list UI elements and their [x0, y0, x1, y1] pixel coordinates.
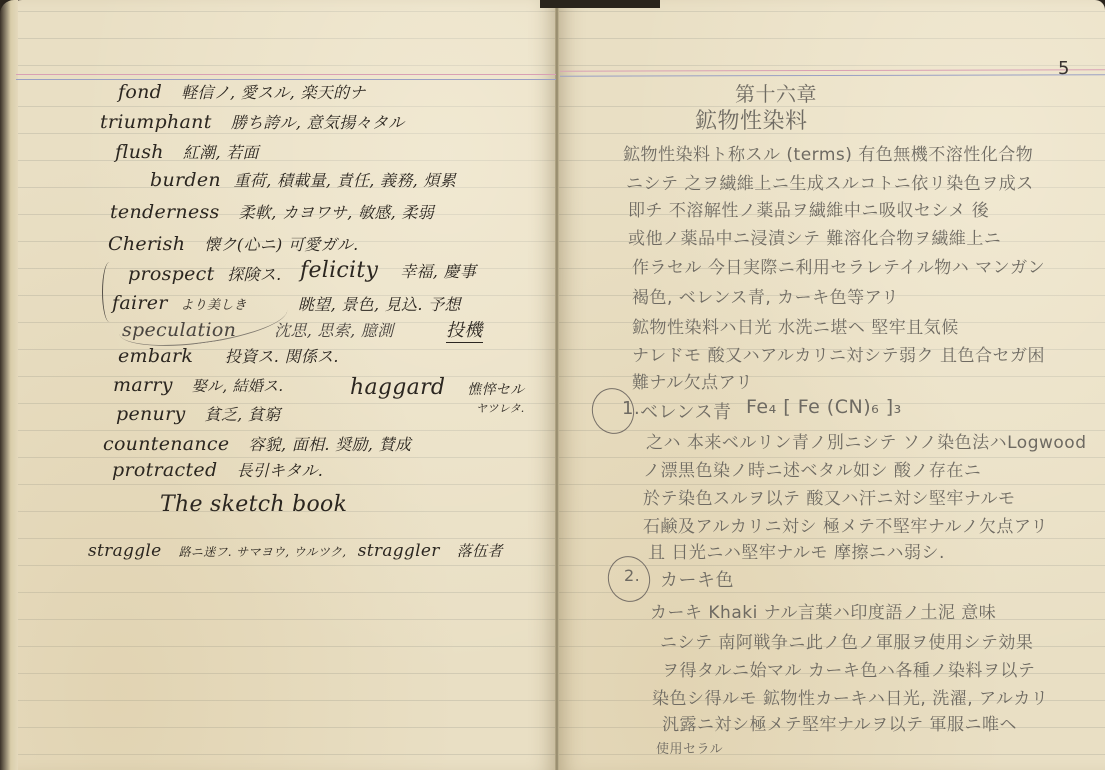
english-word: triumphant [100, 111, 212, 133]
vocab-entry: prospect 探険ス. [128, 262, 282, 285]
english-word: penury [116, 403, 186, 425]
english-word: embark [118, 345, 193, 367]
text-line: 褐色, ベレンス青, カーキ色等アリ [632, 283, 899, 308]
vocab-entry: haggard 憔悴セル [350, 375, 524, 400]
section-number: 2. [624, 566, 640, 585]
japanese-gloss: 紅潮, 若面 [183, 143, 259, 162]
text-line: 鉱物性染料ハ日光 水洗ニ堪ヘ 堅牢且気候 [632, 313, 959, 338]
section-number: 1. [622, 398, 640, 419]
text-line: ニシテ 南阿戦争ニ此ノ色ノ軍服ヲ使用シテ効果 [660, 628, 1033, 653]
text-line: 於テ染色スルヲ以テ 酸又ハ汗ニ対シ堅牢ナルモ [643, 484, 1016, 509]
english-word: marry [113, 374, 173, 396]
english-word: felicity [300, 258, 378, 283]
japanese-reading: ヤツレタ. [476, 400, 525, 416]
japanese-gloss: 路ニ迷フ. サマヨウ, ウルツク, [179, 545, 347, 559]
page-edge [0, 0, 18, 770]
english-word: haggard [350, 375, 445, 400]
english-word: prospect [128, 263, 215, 285]
japanese-gloss: 投資ス. 関係ス. [225, 347, 339, 366]
vocab-entry: tenderness 柔軟, カヨワサ, 敏感, 柔弱 [110, 200, 434, 223]
vocab-entry: countenance 容貌, 面相. 奨励, 賛成 [103, 432, 411, 455]
english-word: straggler [358, 541, 440, 561]
section-heading: ベレンス青 [640, 398, 732, 424]
english-word: tenderness [110, 201, 220, 223]
vocab-entry: triumphant 勝ち誇ル, 意気揚々タル [100, 110, 404, 133]
japanese-gloss: 探険ス. [227, 265, 281, 284]
chemical-formula: Fe₄ [ Fe (CN)₆ ]₃ [746, 396, 902, 418]
japanese-gloss: 眺望, 景色, 見込. 予想 [298, 292, 461, 315]
japanese-gloss: 軽信ノ, 愛スル, 楽天的ナ [181, 83, 366, 102]
text-line: 作ラセル 今日実際ニ利用セラレテイル物ハ マンガン [632, 253, 1045, 278]
text-line: 鉱物性染料ト称スル (terms) 有色無機不溶性化合物 [623, 140, 1033, 165]
english-word: fond [118, 81, 162, 103]
chapter-heading: 第十六章 [735, 78, 817, 107]
japanese-gloss: 憔悴セル [467, 382, 524, 398]
text-line: ニシテ 之ヲ繊維上ニ生成スルコトニ依リ染色ヲ成ス [626, 169, 1034, 194]
chapter-title: 鉱物性染料 [695, 104, 808, 135]
japanese-gloss: 貧乏, 貧窮 [205, 405, 281, 424]
vocab-entry: Cherish 懐ク(心ニ) 可愛ガル. [108, 232, 359, 255]
spine-shadow [540, 0, 660, 8]
text-line: 之ハ 本来ベルリン青ノ別ニシテ ソノ染色法ハLogwood [646, 428, 1087, 453]
japanese-gloss: 長引キタル. [236, 461, 323, 480]
vocab-entry: marry 娶ル, 結婚ス. [113, 374, 284, 396]
text-line: カーキ Khaki ナル言葉ハ印度語ノ土泥 意味 [650, 598, 996, 623]
section-heading: カーキ色 [660, 566, 734, 592]
vocab-entry: protracted 長引キタル. [112, 458, 323, 481]
english-word: protracted [112, 459, 217, 481]
japanese-gloss-underlined: 投機 [446, 316, 483, 343]
text-line: 汎露ニ対シ極メテ堅牢ナルヲ以テ 軍服ニ唯ヘ [662, 710, 1017, 735]
vocab-entry: fond 軽信ノ, 愛スル, 楽天的ナ [118, 80, 366, 103]
vocab-entry: embark 投資ス. 関係ス. [118, 344, 339, 367]
english-word: burden [150, 169, 221, 191]
english-word: flush [115, 141, 164, 163]
japanese-gloss: 落伍者 [457, 542, 503, 560]
japanese-gloss: 娶ル, 結婚ス. [192, 377, 284, 395]
text-line: 或他ノ薬品中ニ浸漬シテ 難溶化合物ヲ繊維上ニ [628, 224, 1001, 249]
japanese-gloss: 懐ク(心ニ) 可愛ガル. [204, 235, 358, 254]
text-line: ヲ得タルニ始マル カーキ色ハ各種ノ染料ヲ以テ [662, 656, 1035, 681]
japanese-gloss: 重荷, 積載量, 責任, 義務, 煩累 [234, 171, 456, 190]
text-line: 石鹸及アルカリニ対シ 極メテ不堅牢ナルノ欠点アリ [643, 512, 1048, 537]
text-line: 使用セラル [656, 738, 723, 757]
japanese-gloss: 容貌, 面相. 奨励, 賛成 [248, 435, 411, 454]
japanese-gloss: 柔軟, カヨワサ, 敏感, 柔弱 [239, 203, 434, 222]
text-line: 即チ 不溶解性ノ薬品ヲ繊維中ニ吸収セシメ 後 [628, 196, 989, 221]
book-gutter [555, 0, 559, 770]
japanese-gloss: 勝ち誇ル, 意気揚々タル [231, 113, 405, 132]
english-word: countenance [103, 433, 229, 455]
page-number: 5 [1058, 58, 1069, 79]
notebook-spread: fond 軽信ノ, 愛スル, 楽天的ナ triumphant 勝ち誇ル, 意気揚… [0, 0, 1105, 770]
japanese-gloss: 幸福, 慶事 [400, 262, 476, 281]
vocab-entry: burden 重荷, 積載量, 責任, 義務, 煩累 [150, 168, 456, 191]
text-line: ノ漂黒色染ノ時ニ述ベタル如シ 酸ノ存在ニ [643, 456, 981, 481]
vocab-entry: straggle 路ニ迷フ. サマヨウ, ウルツク, straggler 落伍者 [88, 540, 503, 561]
vocab-entry: felicity 幸福, 慶事 [300, 258, 476, 283]
vocab-entry: flush 紅潮, 若面 [115, 140, 259, 163]
text-line: 難ナル欠点アリ [632, 368, 753, 393]
japanese-gloss: 沈思, 思索, 臆測 [274, 321, 393, 340]
text-line: 染色シ得ルモ 鉱物性カーキハ日光, 洗濯, アルカリ [652, 684, 1048, 709]
text-line: 且 日光ニハ堅牢ナルモ 摩擦ニハ弱シ. [648, 538, 945, 563]
section-heading: The sketch book [160, 492, 347, 517]
vocab-entry: penury 貧乏, 貧窮 [116, 402, 281, 425]
english-word: straggle [88, 541, 161, 561]
text-line: ナレドモ 酸又ハアルカリニ対シテ弱ク 且色合セガ困 [632, 341, 1045, 366]
english-word: Cherish [108, 233, 185, 255]
